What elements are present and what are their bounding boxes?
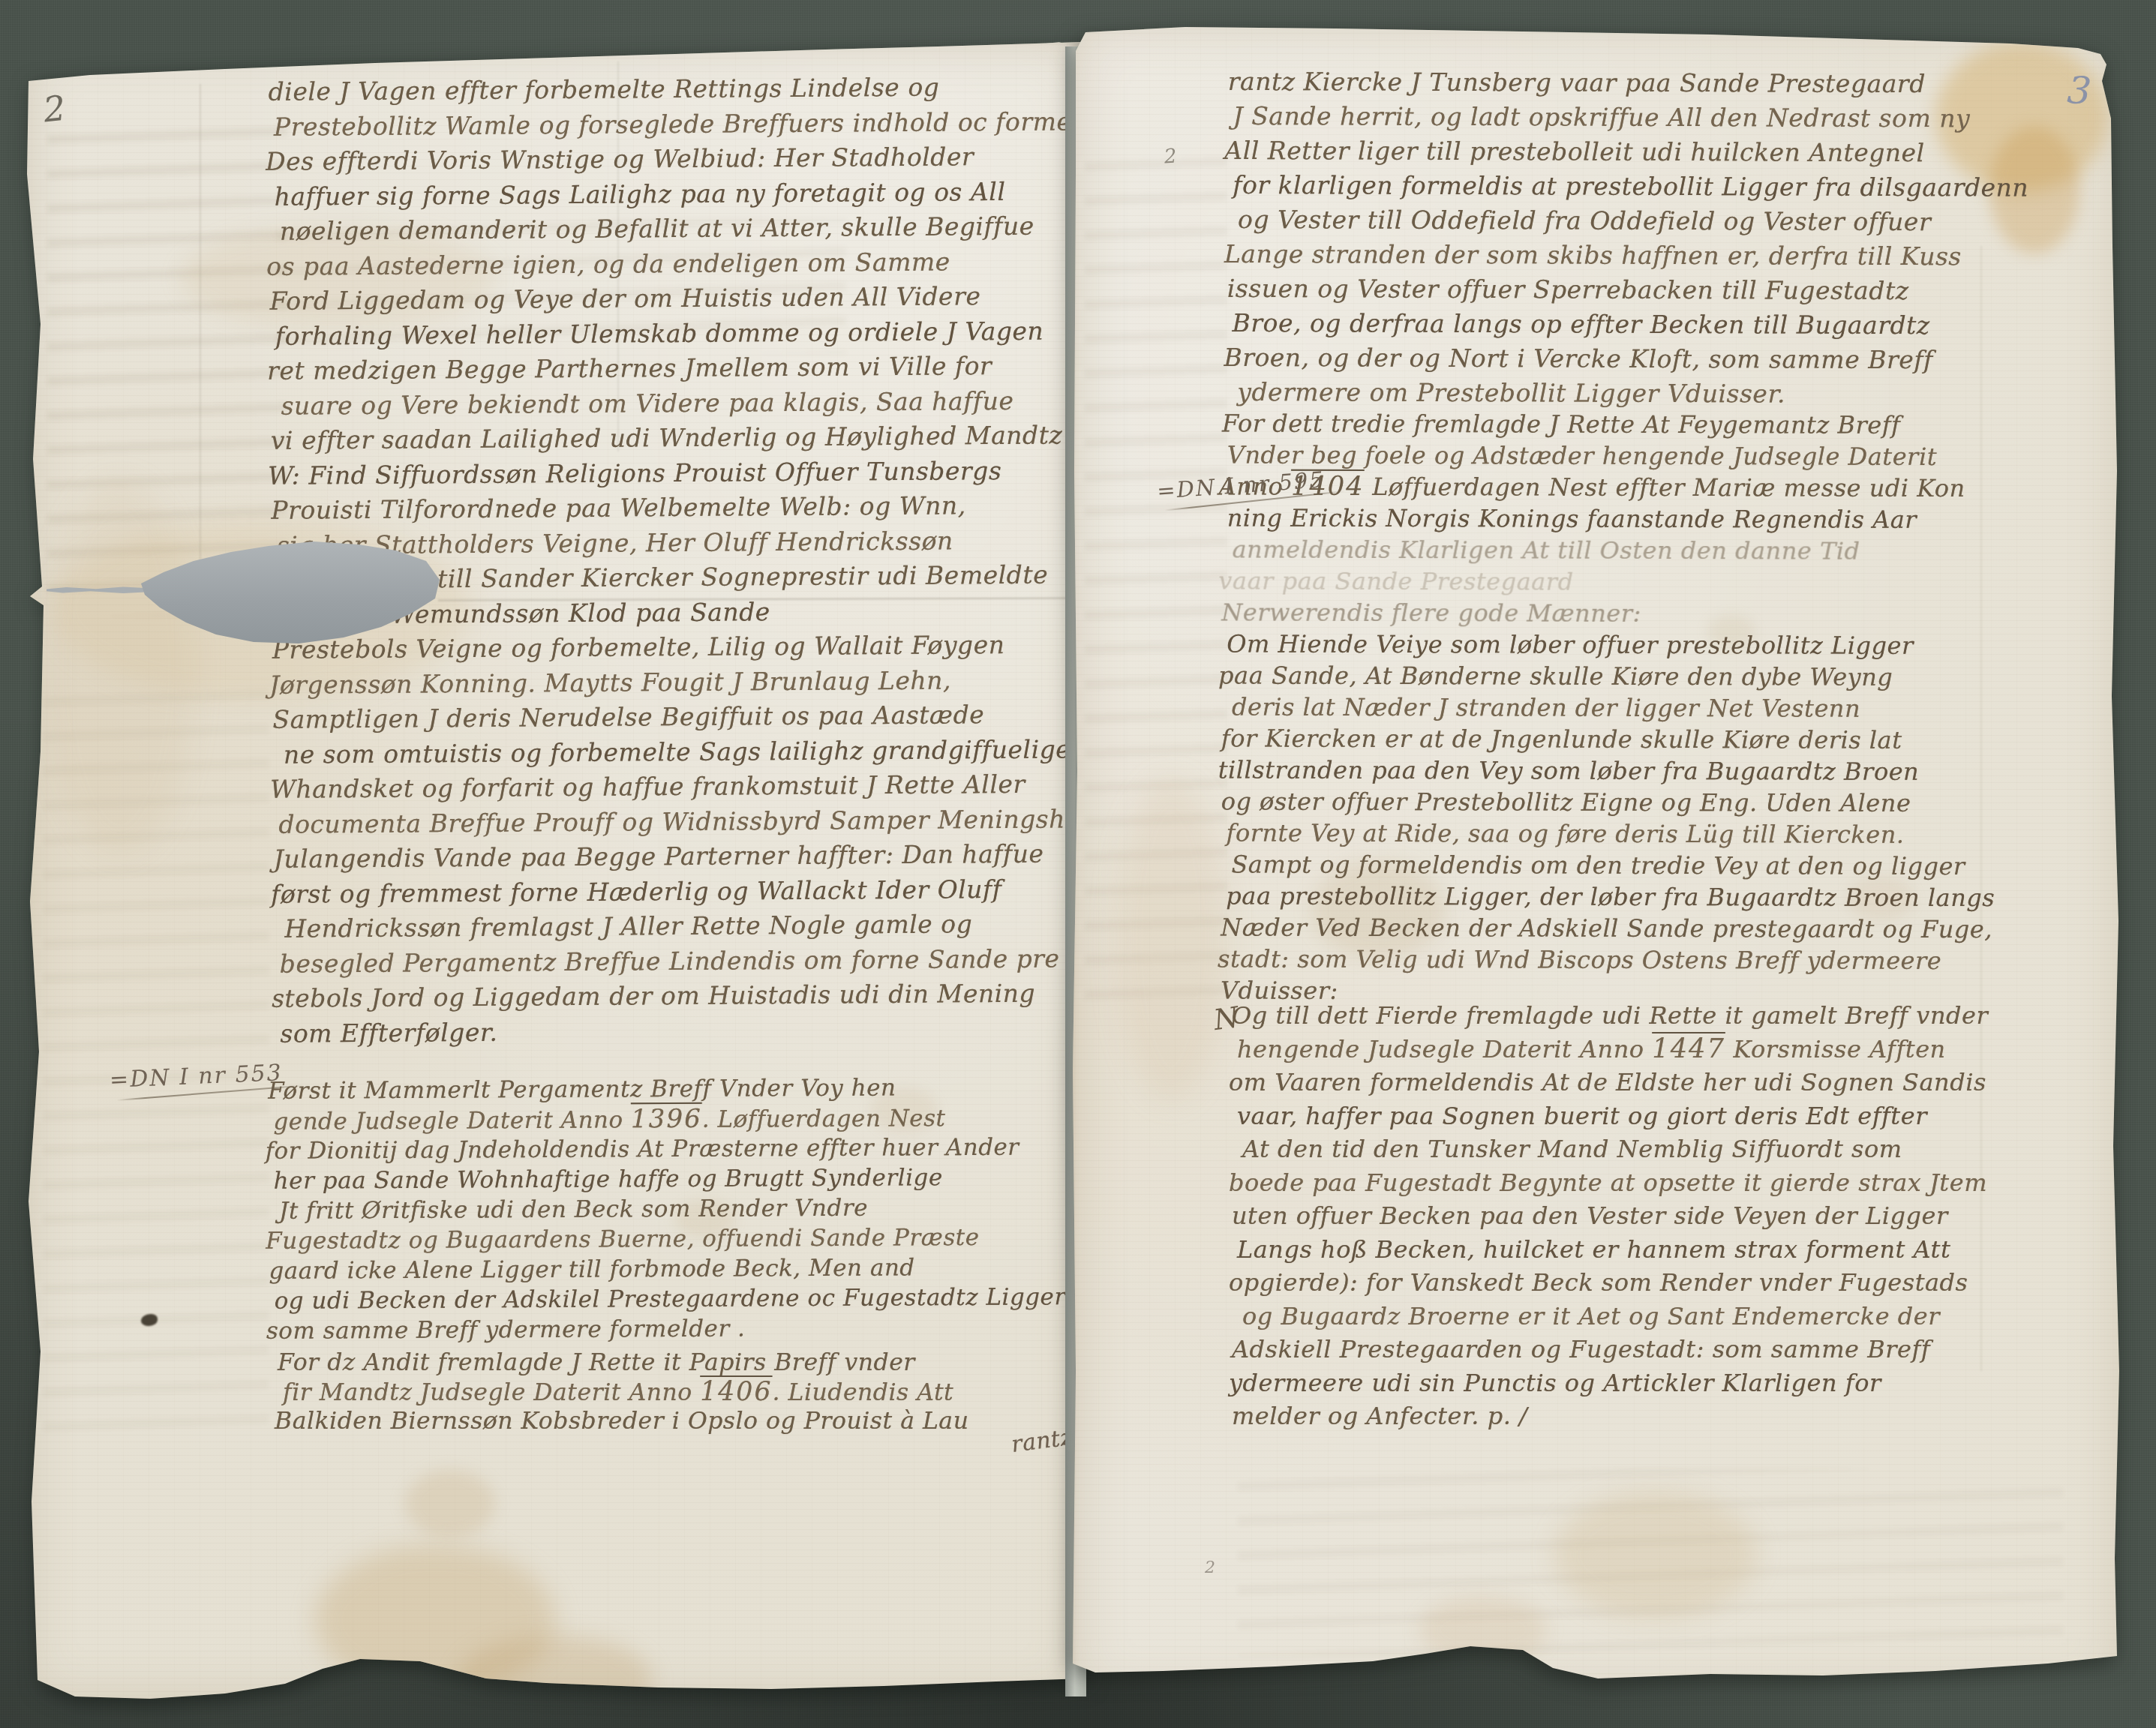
manuscript-text-line: som Effterfølger.: [280, 1011, 1092, 1051]
manuscript-text-line: Whandsket og forfarit og haffue frankoms…: [270, 766, 1091, 807]
lower-figure-mark: 2: [1205, 1558, 1215, 1577]
manuscript-text-line: Jørgenssøn Konning. Maytts Fougit J Brun…: [269, 662, 1090, 703]
manuscript-text-line: om Vaaren formeldendis At de Eldste her …: [1229, 1066, 2117, 1099]
manuscript-text-line: os paa Aastederne igien, og da endeligen…: [266, 244, 1087, 284]
manuscript-text-line: paa prestebollitz Ligger, der løber fra …: [1226, 880, 2106, 913]
manuscript-text-line: tillstranden paa den Vey som løber fra B…: [1218, 754, 2106, 787]
manuscript-text-line: fir Mandtz Judsegle Daterit Anno 1406. L…: [283, 1378, 1095, 1407]
manuscript-text-line: stadt: som Velig udi Wnd Biscops Ostens …: [1218, 943, 2106, 976]
margin-letter-n: N: [1212, 1000, 1242, 1036]
manuscript-text-line: ne som omtuistis og forbemelte Sags lail…: [284, 732, 1091, 772]
manuscript-text-line: Langs hoß Becken, huilcket er hannem str…: [1237, 1233, 2117, 1267]
right-paragraph-3: Og till dett Fierde fremlagde udi Rette …: [1232, 999, 2117, 1433]
manuscript-text-line: først og fremmest forne Hæderlig og Wall…: [271, 871, 1092, 912]
manuscript-text-line: suare og Vere bekiendt om Videre paa kla…: [281, 383, 1088, 424]
manuscript-text-line: og øster offuer Prestebollitz Eigne og E…: [1221, 785, 2106, 819]
manuscript-text-line: for klarligen formeldis at prestebollit …: [1233, 168, 2112, 205]
manuscript-text-line: Prouisti Tilforordnede paa Welbemelte We…: [271, 487, 1089, 528]
manuscript-text-line: for Dionitij dag Jndeholdendis At Præste…: [265, 1132, 1086, 1166]
manuscript-text-line: ret medzigen Begge Parthernes Jmellem so…: [267, 348, 1088, 388]
manuscript-text-line: gaard icke Alene Ligger till forbmode Be…: [269, 1252, 1086, 1286]
manuscript-text-line: J Sande herrit, og ladt opskriffue All d…: [1233, 99, 2112, 136]
manuscript-text-line: Og till dett Fierde fremlagde udi Rette …: [1232, 999, 2117, 1033]
right-paragraph-2: For dett tredie fremlagde J Rette At Fey…: [1221, 407, 2107, 1008]
manuscript-text-line: Des effterdi Voris Wnstige og Welbiud: H…: [266, 139, 1086, 179]
manuscript-text-line: Om Hiende Veiye som løber offuer presteb…: [1227, 628, 2106, 661]
crease-line: [200, 84, 201, 564]
margin-note-dn553: =DN I nr 553: [109, 1060, 283, 1093]
manuscript-text-line: boede paa Fugestadt Begynte at opsette i…: [1229, 1166, 2117, 1200]
manuscript-text-line: W: Find Siffuordssøn Religions Prouist O…: [268, 453, 1089, 493]
manuscript-text-line: Samptligen J deris Nerudelse Begiffuit o…: [272, 697, 1090, 737]
manuscript-text-line: rantz Kiercke J Tunsberg vaar paa Sande …: [1228, 64, 2113, 102]
manuscript-text-line: Vnder beg foele og Adstæder hengende Jud…: [1227, 439, 2107, 472]
manuscript-text-line: Adskiell Prestegaarden og Fugestadt: som…: [1232, 1333, 2117, 1366]
manuscript-text-line: diele J Vagen effter forbemelte Rettings…: [268, 69, 1086, 109]
manuscript-text-line: forhaling Wexel heller Ulemskab domme og…: [275, 313, 1088, 354]
manuscript-text-line: som samme Breff ydermere formelder .: [266, 1312, 1087, 1346]
manuscript-text-line: For dz Andit fremlagde J Rette it Papirs…: [278, 1348, 1095, 1378]
stain: [405, 1470, 495, 1537]
bleedthrough-texture: [1238, 1468, 2063, 1656]
manuscript-text-line: Sampt og formeldendis om den tredie Vey …: [1231, 848, 2106, 882]
left-paragraph-2: Først it Mammerlt Pergamentz Breff Vnder…: [268, 1072, 1087, 1346]
manuscript-text-line: Prestebollitz Wamle og forseglede Breffu…: [274, 104, 1086, 145]
manuscript-text-line: Julangendis Vande paa Begge Parterner ha…: [274, 836, 1092, 877]
manuscript-text-line: deris lat Næder J stranden der ligger Ne…: [1232, 691, 2106, 724]
manuscript-text-line: og Vester till Oddefield fra Oddefield o…: [1238, 202, 2112, 240]
left-page: 2 diele J Vagen effter forbemelte Rettin…: [21, 39, 1086, 1705]
manuscript-text-line: documenta Breffue Prouff og Widnissbyrd …: [278, 802, 1091, 842]
bleedthrough-texture: [47, 121, 287, 616]
manuscript-text-line: ning Erickis Norgis Konings faanstande R…: [1227, 502, 2107, 535]
manuscript-text-line: Balkiden Biernssøn Kobsbreder i Opslo og…: [275, 1407, 1095, 1436]
manuscript-text-line: Næder Ved Becken der Adskiell Sande pres…: [1221, 911, 2106, 945]
manuscript-text-line: Prestebols Veigne og forbemelte, Lilig o…: [272, 627, 1090, 667]
underlined-year: 1447: [1652, 1033, 1725, 1064]
gutter-figure-mark: 2: [1164, 145, 1178, 168]
manuscript-text-line: fornte Vey at Ride, saa og føre deris Lü…: [1227, 817, 2106, 850]
manuscript-text-line: For dett tredie fremlagde J Rette At Fey…: [1222, 407, 2107, 441]
manuscript-text-line: og udi Becken der Adskilel Prestegaarden…: [275, 1282, 1087, 1316]
right-page: 3 2 2 rantz Kiercke J Tunsberg vaar paa …: [1073, 21, 2124, 1701]
manuscript-text-line: Nerwerendis flere gode Mænner:: [1221, 596, 2106, 630]
manuscript-text-line: Først it Mammerlt Pergamentz Breff Vnder…: [268, 1072, 1086, 1106]
manuscript-text-line: Broen, og der og Nort i Vercke Kloft, so…: [1224, 340, 2112, 378]
manuscript-text-line: og Bugaardz Broerne er it Aet og Sant En…: [1242, 1300, 2117, 1333]
manuscript-text-line: haffuer sig forne Sags Lailighz paa ny f…: [274, 174, 1086, 214]
manuscript-text-line: Anno 1404 Løffuerdagen Nest effter Mariæ…: [1219, 470, 2107, 504]
manuscript-text-line: Jt fritt Øritfiske udi den Beck som Rend…: [279, 1192, 1086, 1226]
manuscript-text-line: vaar paa Sande Prestegaard: [1218, 565, 2106, 598]
ink-blot: [141, 1314, 158, 1326]
manuscript-text-line: Hendrickssøn fremlagst J Aller Rette Nog…: [284, 906, 1092, 946]
manuscript-text-line: melder og Anfecter. p. /: [1232, 1399, 2117, 1433]
manuscript-text-line: uten offuer Becken paa den Vester side V…: [1232, 1199, 2117, 1233]
manuscript-text-line: for Kiercken er at de Jngenlunde skulle …: [1221, 722, 2106, 756]
right-page-shadow-wrap: 3 2 2 rantz Kiercke J Tunsberg vaar paa …: [1073, 21, 2124, 1701]
crease-line: [1980, 246, 1982, 1371]
manuscript-text-line: All Retter liger till prestebolleit udi …: [1224, 133, 2112, 171]
manuscript-text-line: At den tid den Tunsker Mand Nemblig Siff…: [1242, 1132, 2117, 1166]
left-paragraph-3: For dz Andit fremlagde J Rette it Papirs…: [278, 1348, 1095, 1436]
manuscript-text-line: nøeligen demanderit og Befallit at vi At…: [280, 208, 1087, 249]
stain: [315, 1545, 555, 1695]
underlined-year: 1406: [700, 1377, 772, 1407]
stain: [45, 480, 195, 855]
manuscript-text-line: besegled Pergamentz Breffue Lindendis om…: [280, 941, 1092, 982]
page-number-left: 2: [41, 88, 68, 130]
manuscript-text-line: paa Sande, At Bønderne skulle Kiøre den …: [1218, 659, 2106, 693]
manuscript-text-line: issuen og Vester offuer Sperrebacken til…: [1227, 271, 2112, 309]
stain: [1115, 778, 1227, 1101]
manuscript-text-line: anmeldendis Klarligen At till Osten den …: [1232, 533, 2106, 567]
left-page-shadow-wrap: 2 diele J Vagen effter forbemelte Rettin…: [21, 39, 1086, 1705]
manuscript-text-line: hengende Judsegle Daterit Anno 1447 Kors…: [1237, 1033, 2117, 1066]
manuscript-text-line: vaar, haffer paa Sognen buerit og giort …: [1237, 1099, 2117, 1133]
manuscript-text-line: gende Judsegle Daterit Anno 1396. Løffue…: [273, 1102, 1086, 1136]
stain: [1419, 1596, 1547, 1663]
manuscript-text-line: her paa Sande Wohnhaftige haffe og Brugt…: [274, 1162, 1086, 1196]
bleedthrough-texture: [1085, 148, 1227, 1011]
manuscript-text-line: Ford Liggedam og Veye der om Huistis ude…: [269, 278, 1087, 319]
manuscript-text-line: stebols Jord og Liggedam der om Huistadi…: [272, 976, 1092, 1016]
manuscript-text-line: Fugestadtz og Bugaardens Buerne, offuend…: [266, 1222, 1086, 1256]
manuscript-text-line: vi effter saadan Lailighed udi Wnderlig …: [271, 418, 1089, 458]
stain: [1554, 1491, 1757, 1618]
manuscript-text-line: opgierde): for Vanskedt Beck som Render …: [1229, 1266, 2117, 1300]
manuscript-text-line: Lange stranden der som skibs haffnen er,…: [1224, 237, 2112, 274]
damage-tear-line: [47, 586, 156, 593]
underlined-year: 1396: [631, 1104, 702, 1134]
manuscript-text-line: ydermeere udi sin Punctis og Artickler K…: [1229, 1366, 2117, 1400]
crease-line: [617, 61, 619, 451]
